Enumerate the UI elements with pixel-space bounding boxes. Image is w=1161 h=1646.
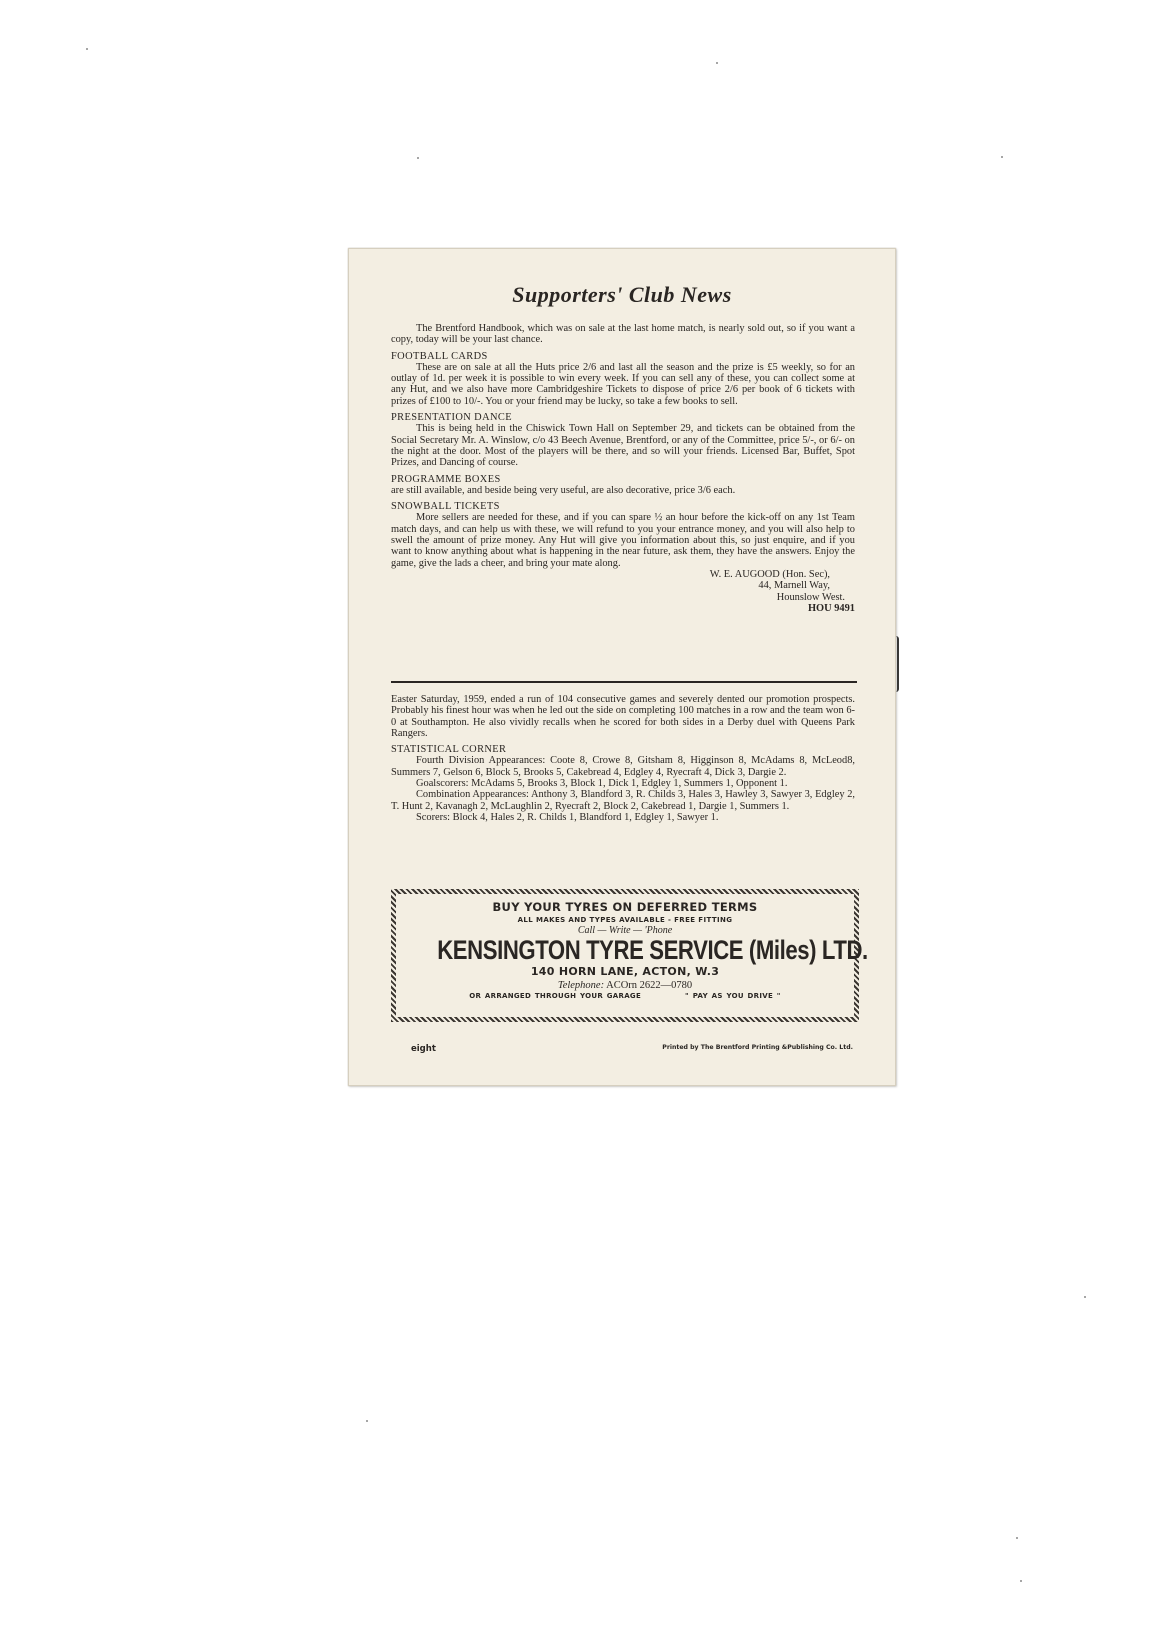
section-heading-programme-boxes: PROGRAMME BOXES <box>391 474 855 485</box>
section-heading-presentation-dance: PRESENTATION DANCE <box>391 412 855 423</box>
ad-telephone-label: Telephone: <box>558 980 604 991</box>
section-heading-snowball-tickets: SNOWBALL TICKETS <box>391 501 855 512</box>
ad-headline: BUY YOUR TYRES ON DEFERRED TERMS <box>396 900 854 914</box>
ad-telephone: Telephone: ACOrn 2622—0780 <box>396 980 854 991</box>
article-paragraph: Easter Saturday, 1959, ended a run of 10… <box>391 694 855 739</box>
signature-address-1: 44, Marnell Way, <box>391 580 855 591</box>
page-title: Supporters' Club News <box>349 282 895 308</box>
printer-credit: Printed by The Brentford Printing &Publi… <box>662 1044 853 1054</box>
signature-name: W. E. AUGOOD (Hon. Sec), <box>391 569 855 580</box>
page-number: eight <box>411 1044 436 1054</box>
page-footer: eight Printed by The Brentford Printing … <box>411 1044 853 1054</box>
intro-paragraph: The Brentford Handbook, which was on sal… <box>391 323 855 346</box>
ad-telephone-number: ACOrn 2622—0780 <box>606 980 692 991</box>
signature-phone: HOU 9491 <box>391 603 855 614</box>
ad-slogan: " PAY AS YOU DRIVE " <box>685 992 781 1000</box>
player-article: Easter Saturday, 1959, ended a run of 10… <box>391 694 855 823</box>
stats-line: Goalscorers: McAdams 5, Brooks 3, Block … <box>391 778 855 789</box>
ad-footer-line: OR ARRANGED THROUGH YOUR GARAGE" PAY AS … <box>396 992 854 1000</box>
programme-page: Supporters' Club News The Brentford Hand… <box>348 248 896 1086</box>
section-body-programme-boxes: are still available, and beside being ve… <box>391 485 855 496</box>
scan-speck <box>1001 156 1003 158</box>
scan-speck <box>417 157 419 159</box>
stats-heading: STATISTICAL CORNER <box>391 744 855 755</box>
signature-block: W. E. AUGOOD (Hon. Sec), 44, Marnell Way… <box>391 569 855 614</box>
section-heading-football-cards: FOOTBALL CARDS <box>391 351 855 362</box>
tyre-advertisement: BUY YOUR TYRES ON DEFERRED TERMS ALL MAK… <box>391 889 859 1022</box>
ad-address: 140 HORN LANE, ACTON, W.3 <box>396 965 854 978</box>
section-body-football-cards: These are on sale at all the Huts price … <box>391 362 855 407</box>
section-body-snowball-tickets: More sellers are needed for these, and i… <box>391 512 855 568</box>
section-body-presentation-dance: This is being held in the Chiswick Town … <box>391 423 855 468</box>
scan-speck <box>1084 1296 1086 1298</box>
stats-line: Fourth Division Appearances: Coote 8, Cr… <box>391 755 855 778</box>
scan-speck <box>1020 1580 1022 1582</box>
stats-line: Combination Appearances: Anthony 3, Blan… <box>391 789 855 812</box>
scan-speck <box>1016 1537 1018 1539</box>
scan-speck <box>86 48 88 50</box>
section-divider <box>391 681 857 683</box>
ad-company: KENSINGTON TYRE SERVICE (Miles) LTD. <box>437 936 813 964</box>
stats-line: Scorers: Block 4, Hales 2, R. Childs 1, … <box>391 812 855 823</box>
scan-speck <box>716 62 718 64</box>
supporters-club-news: The Brentford Handbook, which was on sal… <box>391 323 855 614</box>
ad-garage: OR ARRANGED THROUGH YOUR GARAGE <box>469 992 641 1000</box>
ad-subline: ALL MAKES AND TYPES AVAILABLE - FREE FIT… <box>396 916 854 924</box>
scan-speck <box>366 1420 368 1422</box>
signature-address-2: Hounslow West. <box>391 592 855 603</box>
